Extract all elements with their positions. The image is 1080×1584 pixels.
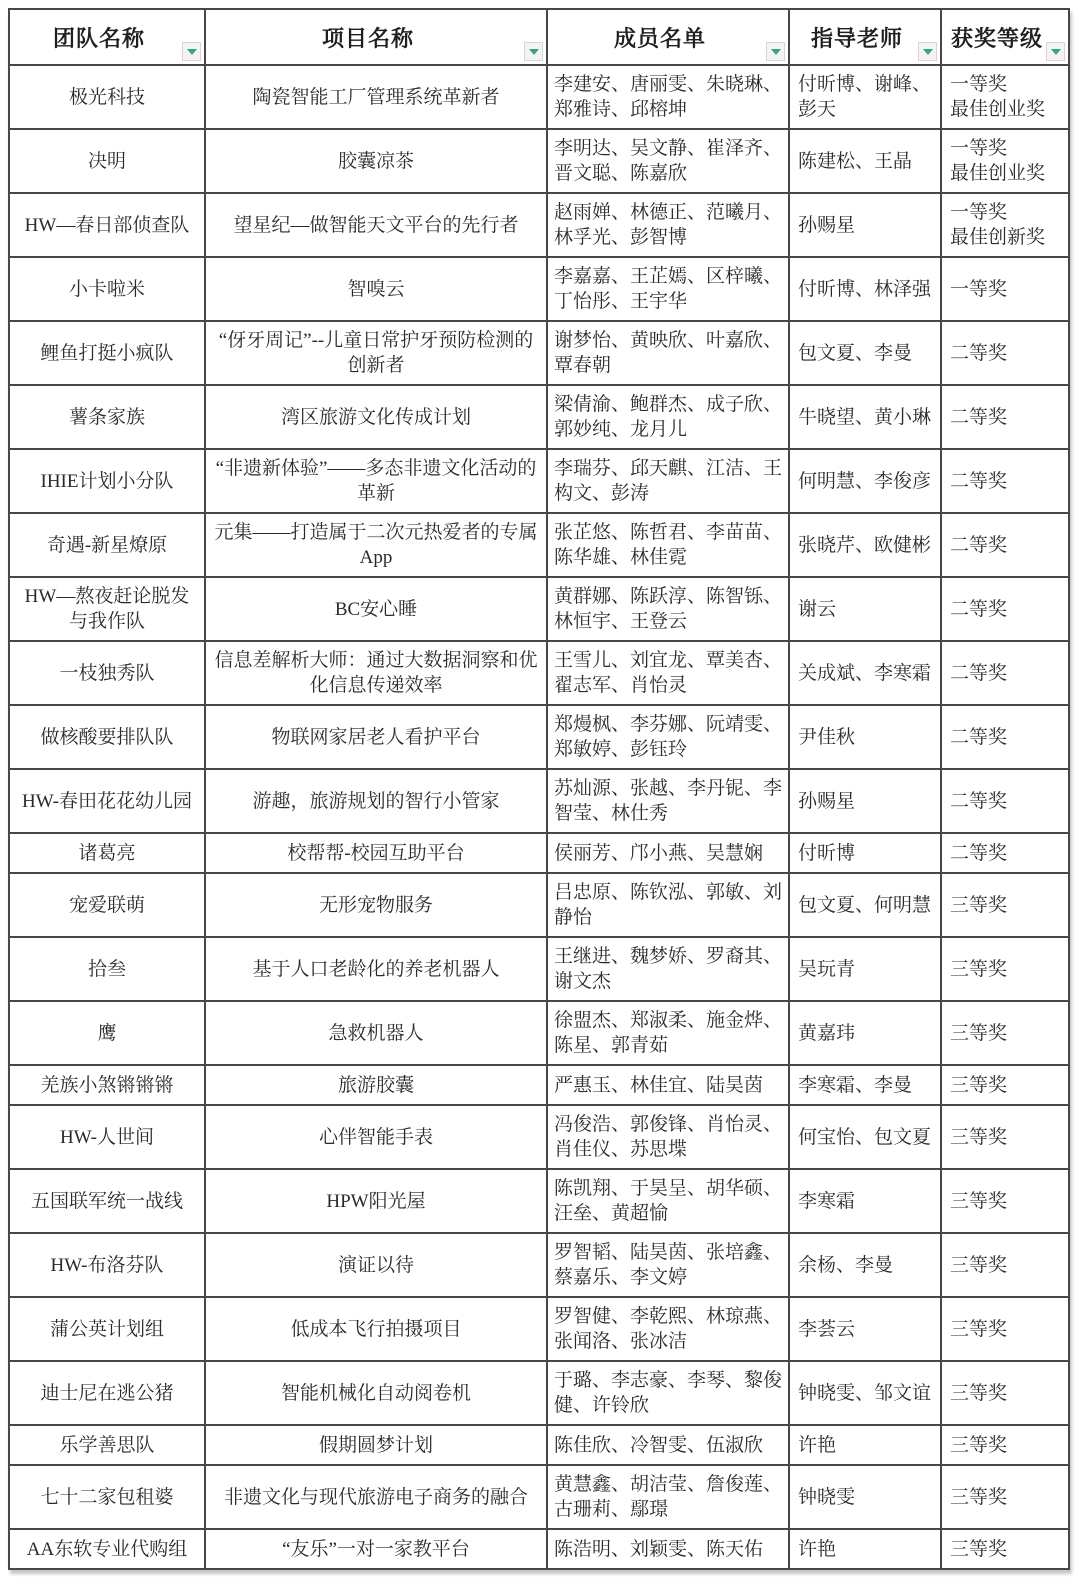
members-cell: 侯丽芳、邝小燕、吴慧娴: [547, 833, 789, 873]
table-row: 决明胶囊凉茶李明达、吴文静、崔泽齐、晋文聪、陈嘉欣陈建松、王晶一等奖最佳创业奖: [9, 129, 1069, 193]
members-cell: 李建安、唐丽雯、朱晓琳、郑雅诗、邱榕坤: [547, 65, 789, 129]
members-cell: 黄慧鑫、胡洁莹、詹俊莲、古珊莉、鄢璟: [547, 1465, 789, 1529]
column-header-award: 获奖等级: [941, 9, 1069, 65]
column-header-team: 团队名称: [9, 9, 205, 65]
teachers-cell: 付昕博、林泽强: [789, 257, 941, 321]
project-name-cell: 基于人口老龄化的养老机器人: [205, 937, 547, 1001]
filter-dropdown-button[interactable]: [918, 42, 937, 61]
award-line: 二等奖: [950, 597, 1062, 622]
teachers-cell: 关成斌、李寒霜: [789, 641, 941, 705]
award-line: 三等奖: [950, 893, 1062, 918]
award-level-cell: 一等奖最佳创业奖: [941, 129, 1069, 193]
members-cell: 李嘉嘉、王芷嫣、区梓曦、丁怡彤、王宇华: [547, 257, 789, 321]
table-row: 鲤鱼打挺小疯队“伢牙周记”--儿童日常护牙预防检测的创新者谢梦怡、黄映欣、叶嘉欣…: [9, 321, 1069, 385]
award-line: 三等奖: [950, 1189, 1062, 1214]
project-name-cell: 校帮帮-校园互助平台: [205, 833, 547, 873]
project-name-cell: 游趣，旅游规划的智行小管家: [205, 769, 547, 833]
teachers-cell: 吴玩青: [789, 937, 941, 1001]
members-cell: 梁倩渝、鲍群杰、成子欣、郭妙纯、龙月儿: [547, 385, 789, 449]
table-body: 极光科技陶瓷智能工厂管理系统革新者李建安、唐丽雯、朱晓琳、郑雅诗、邱榕坤付昕博、…: [9, 65, 1069, 1569]
award-line: 三等奖: [950, 1125, 1062, 1150]
teachers-cell: 谢云: [789, 577, 941, 641]
award-line: 二等奖: [950, 661, 1062, 686]
table-row: 薯条家族湾区旅游文化传成计划梁倩渝、鲍群杰、成子欣、郭妙纯、龙月儿牛晓望、黄小琳…: [9, 385, 1069, 449]
column-header-label: 成员名单: [614, 26, 706, 51]
filter-triangle-icon: [771, 49, 781, 55]
award-line: 一等奖: [950, 277, 1062, 302]
table-row: 奇遇-新星燎原元集——打造属于二次元热爱者的专属App张芷悠、陈哲君、李苗苗、陈…: [9, 513, 1069, 577]
members-cell: 张芷悠、陈哲君、李苗苗、陈华雄、林佳霓: [547, 513, 789, 577]
filter-dropdown-button[interactable]: [1046, 42, 1065, 61]
members-cell: 苏灿源、张越、李丹铌、李智莹、林仕秀: [547, 769, 789, 833]
members-cell: 王继进、魏梦娇、罗裔其、谢文杰: [547, 937, 789, 1001]
filter-triangle-icon: [187, 49, 197, 55]
team-name-cell: 拾叁: [9, 937, 205, 1001]
award-line: 三等奖: [950, 1381, 1062, 1406]
project-name-cell: 望星纪—做智能天文平台的先行者: [205, 193, 547, 257]
members-cell: 陈浩明、刘颖雯、陈天佑: [547, 1529, 789, 1569]
team-name-cell: 一枝独秀队: [9, 641, 205, 705]
project-name-cell: BC安心睡: [205, 577, 547, 641]
table-row: HW—熬夜赶论脱发与我作队BC安心睡黄群娜、陈跃淳、陈智铄、林恒宇、王登云谢云二…: [9, 577, 1069, 641]
column-header-label: 项目名称: [322, 26, 414, 51]
team-name-cell: 决明: [9, 129, 205, 193]
team-name-cell: 乐学善思队: [9, 1425, 205, 1465]
award-level-cell: 三等奖: [941, 937, 1069, 1001]
column-header-project: 项目名称: [205, 9, 547, 65]
members-cell: 郑熳枫、李芬娜、阮靖雯、郑敏婷、彭钰玲: [547, 705, 789, 769]
teachers-cell: 牛晓望、黄小琳: [789, 385, 941, 449]
award-table-container: 团队名称项目名称成员名单指导老师获奖等级 极光科技陶瓷智能工厂管理系统革新者李建…: [0, 0, 1080, 1584]
award-line: 最佳创业奖: [950, 97, 1062, 122]
team-name-cell: 七十二家包租婆: [9, 1465, 205, 1529]
award-line: 三等奖: [950, 957, 1062, 982]
team-name-cell: AA东软专业代购组: [9, 1529, 205, 1569]
table-row: 鹰急救机器人徐盟杰、郑淑柔、施金烨、陈星、郭青茹黄嘉玮三等奖: [9, 1001, 1069, 1065]
award-line: 二等奖: [950, 789, 1062, 814]
teachers-cell: 何明慧、李俊彦: [789, 449, 941, 513]
teachers-cell: 付昕博: [789, 833, 941, 873]
project-name-cell: 物联网家居老人看护平台: [205, 705, 547, 769]
award-level-cell: 三等奖: [941, 1001, 1069, 1065]
filter-triangle-icon: [529, 49, 539, 55]
members-cell: 陈凯翔、于昊呈、胡华硕、汪垒、黄超愉: [547, 1169, 789, 1233]
teachers-cell: 陈建松、王晶: [789, 129, 941, 193]
team-name-cell: 做核酸要排队队: [9, 705, 205, 769]
members-cell: 黄群娜、陈跃淳、陈智铄、林恒宇、王登云: [547, 577, 789, 641]
award-level-cell: 三等奖: [941, 1297, 1069, 1361]
teachers-cell: 黄嘉玮: [789, 1001, 941, 1065]
award-level-cell: 一等奖最佳创新奖: [941, 193, 1069, 257]
project-name-cell: 智嗅云: [205, 257, 547, 321]
team-name-cell: 鹰: [9, 1001, 205, 1065]
award-line: 三等奖: [950, 1317, 1062, 1342]
award-line: 二等奖: [950, 725, 1062, 750]
project-name-cell: 急救机器人: [205, 1001, 547, 1065]
award-line: 最佳创新奖: [950, 225, 1062, 250]
award-level-cell: 一等奖: [941, 257, 1069, 321]
table-row: HW-春田花花幼儿园游趣，旅游规划的智行小管家苏灿源、张越、李丹铌、李智莹、林仕…: [9, 769, 1069, 833]
table-row: 七十二家包租婆非遗文化与现代旅游电子商务的融合黄慧鑫、胡洁莹、詹俊莲、古珊莉、鄢…: [9, 1465, 1069, 1529]
award-line: 最佳创业奖: [950, 161, 1062, 186]
members-cell: 罗智健、李乾熙、林琼燕、张闻洛、张冰洁: [547, 1297, 789, 1361]
project-name-cell: 元集——打造属于二次元热爱者的专属App: [205, 513, 547, 577]
teachers-cell: 张晓芹、欧健彬: [789, 513, 941, 577]
team-name-cell: 迪士尼在逃公猪: [9, 1361, 205, 1425]
team-name-cell: HW-布洛芬队: [9, 1233, 205, 1297]
project-name-cell: 假期圆梦计划: [205, 1425, 547, 1465]
team-name-cell: HW-人世间: [9, 1105, 205, 1169]
table-row: 乐学善思队假期圆梦计划陈佳欣、冷智雯、伍淑欣许艳三等奖: [9, 1425, 1069, 1465]
team-name-cell: 羌族小煞锵锵锵: [9, 1065, 205, 1105]
members-cell: 罗智韬、陆昊茵、张培鑫、蔡嘉乐、李文婷: [547, 1233, 789, 1297]
column-header-teachers: 指导老师: [789, 9, 941, 65]
award-line: 三等奖: [950, 1537, 1062, 1562]
members-cell: 陈佳欣、冷智雯、伍淑欣: [547, 1425, 789, 1465]
table-row: 宠爱联萌无形宠物服务吕忠原、陈钦泓、郭敏、刘静怡包文夏、何明慧三等奖: [9, 873, 1069, 937]
teachers-cell: 李寒霜: [789, 1169, 941, 1233]
team-name-cell: HW—熬夜赶论脱发与我作队: [9, 577, 205, 641]
award-line: 三等奖: [950, 1021, 1062, 1046]
members-cell: 于璐、李志豪、李琴、黎俊健、许铃欣: [547, 1361, 789, 1425]
award-line: 二等奖: [950, 469, 1062, 494]
table-row: HW—春日部侦查队望星纪—做智能天文平台的先行者赵雨婵、林德正、范曦月、林孚光、…: [9, 193, 1069, 257]
table-row: IHIE计划小分队“非遗新体验”——多态非遗文化活动的革新李瑞芬、邱天麒、江洁、…: [9, 449, 1069, 513]
award-level-cell: 二等奖: [941, 449, 1069, 513]
team-name-cell: 奇遇-新星燎原: [9, 513, 205, 577]
members-cell: 冯俊浩、郭俊锋、肖怡灵、肖佳仪、苏思堞: [547, 1105, 789, 1169]
award-level-cell: 二等奖: [941, 513, 1069, 577]
teachers-cell: 钟晓雯: [789, 1465, 941, 1529]
table-header: 团队名称项目名称成员名单指导老师获奖等级: [9, 9, 1069, 65]
award-level-cell: 三等奖: [941, 1425, 1069, 1465]
filter-triangle-icon: [1051, 49, 1061, 55]
table-row: HW-布洛芬队演证以待罗智韬、陆昊茵、张培鑫、蔡嘉乐、李文婷余杨、李曼三等奖: [9, 1233, 1069, 1297]
table-row: 极光科技陶瓷智能工厂管理系统革新者李建安、唐丽雯、朱晓琳、郑雅诗、邱榕坤付昕博、…: [9, 65, 1069, 129]
table-row: 小卡啦米智嗅云李嘉嘉、王芷嫣、区梓曦、丁怡彤、王宇华付昕博、林泽强一等奖: [9, 257, 1069, 321]
award-level-cell: 二等奖: [941, 705, 1069, 769]
project-name-cell: HPW阳光屋: [205, 1169, 547, 1233]
team-name-cell: 小卡啦米: [9, 257, 205, 321]
award-line: 二等奖: [950, 841, 1062, 866]
teachers-cell: 何宝怡、包文夏: [789, 1105, 941, 1169]
award-level-cell: 二等奖: [941, 321, 1069, 385]
award-table: 团队名称项目名称成员名单指导老师获奖等级 极光科技陶瓷智能工厂管理系统革新者李建…: [8, 8, 1070, 1570]
team-name-cell: IHIE计划小分队: [9, 449, 205, 513]
award-level-cell: 二等奖: [941, 577, 1069, 641]
table-row: HW-人世间心伴智能手表冯俊浩、郭俊锋、肖怡灵、肖佳仪、苏思堞何宝怡、包文夏三等…: [9, 1105, 1069, 1169]
teachers-cell: 许艳: [789, 1529, 941, 1569]
award-level-cell: 三等奖: [941, 1465, 1069, 1529]
award-line: 三等奖: [950, 1253, 1062, 1278]
award-level-cell: 三等奖: [941, 1169, 1069, 1233]
project-name-cell: 陶瓷智能工厂管理系统革新者: [205, 65, 547, 129]
table-row: 蒲公英计划组低成本飞行拍摄项目罗智健、李乾熙、林琼燕、张闻洛、张冰洁李荟云三等奖: [9, 1297, 1069, 1361]
members-cell: 徐盟杰、郑淑柔、施金烨、陈星、郭青茹: [547, 1001, 789, 1065]
project-name-cell: 非遗文化与现代旅游电子商务的融合: [205, 1465, 547, 1529]
award-line: 三等奖: [950, 1485, 1062, 1510]
team-name-cell: 五国联军统一战线: [9, 1169, 205, 1233]
award-level-cell: 三等奖: [941, 1065, 1069, 1105]
team-name-cell: 鲤鱼打挺小疯队: [9, 321, 205, 385]
filter-dropdown-button[interactable]: [524, 42, 543, 61]
teachers-cell: 付昕博、谢峰、彭天: [789, 65, 941, 129]
teachers-cell: 余杨、李曼: [789, 1233, 941, 1297]
table-row: 一枝独秀队信息差解析大师：通过大数据洞察和优化信息传递效率王雪儿、刘宜龙、覃美杏…: [9, 641, 1069, 705]
column-header-label: 指导老师: [811, 26, 903, 51]
award-line: 三等奖: [950, 1433, 1062, 1458]
table-row: 做核酸要排队队物联网家居老人看护平台郑熳枫、李芬娜、阮靖雯、郑敏婷、彭钰玲尹佳秋…: [9, 705, 1069, 769]
award-line: 二等奖: [950, 341, 1062, 366]
team-name-cell: 蒲公英计划组: [9, 1297, 205, 1361]
award-level-cell: 一等奖最佳创业奖: [941, 65, 1069, 129]
header-row: 团队名称项目名称成员名单指导老师获奖等级: [9, 9, 1069, 65]
teachers-cell: 包文夏、李曼: [789, 321, 941, 385]
table-row: 诸葛亮校帮帮-校园互助平台侯丽芳、邝小燕、吴慧娴付昕博二等奖: [9, 833, 1069, 873]
project-name-cell: 心伴智能手表: [205, 1105, 547, 1169]
table-row: 五国联军统一战线HPW阳光屋陈凯翔、于昊呈、胡华硕、汪垒、黄超愉李寒霜三等奖: [9, 1169, 1069, 1233]
award-level-cell: 三等奖: [941, 1529, 1069, 1569]
project-name-cell: 智能机械化自动阅卷机: [205, 1361, 547, 1425]
column-header-label: 获奖等级: [951, 26, 1043, 51]
teachers-cell: 孙赐星: [789, 193, 941, 257]
award-line: 二等奖: [950, 533, 1062, 558]
award-level-cell: 三等奖: [941, 873, 1069, 937]
team-name-cell: 宠爱联萌: [9, 873, 205, 937]
award-level-cell: 二等奖: [941, 385, 1069, 449]
members-cell: 李明达、吴文静、崔泽齐、晋文聪、陈嘉欣: [547, 129, 789, 193]
project-name-cell: 无形宠物服务: [205, 873, 547, 937]
teachers-cell: 孙赐星: [789, 769, 941, 833]
project-name-cell: 信息差解析大师：通过大数据洞察和优化信息传递效率: [205, 641, 547, 705]
table-row: 拾叁基于人口老龄化的养老机器人王继进、魏梦娇、罗裔其、谢文杰吴玩青三等奖: [9, 937, 1069, 1001]
project-name-cell: 胶囊凉茶: [205, 129, 547, 193]
team-name-cell: HW-春田花花幼儿园: [9, 769, 205, 833]
project-name-cell: 湾区旅游文化传成计划: [205, 385, 547, 449]
team-name-cell: 极光科技: [9, 65, 205, 129]
teachers-cell: 李荟云: [789, 1297, 941, 1361]
project-name-cell: 演证以待: [205, 1233, 547, 1297]
award-level-cell: 二等奖: [941, 769, 1069, 833]
table-row: 迪士尼在逃公猪智能机械化自动阅卷机于璐、李志豪、李琴、黎俊健、许铃欣钟晓雯、邹文…: [9, 1361, 1069, 1425]
project-name-cell: “非遗新体验”——多态非遗文化活动的革新: [205, 449, 547, 513]
team-name-cell: HW—春日部侦查队: [9, 193, 205, 257]
teachers-cell: 尹佳秋: [789, 705, 941, 769]
team-name-cell: 薯条家族: [9, 385, 205, 449]
award-line: 二等奖: [950, 405, 1062, 430]
filter-dropdown-button[interactable]: [182, 42, 201, 61]
table-row: 羌族小煞锵锵锵旅游胶囊严惠玉、林佳宜、陆昊茵李寒霜、李曼三等奖: [9, 1065, 1069, 1105]
award-level-cell: 二等奖: [941, 833, 1069, 873]
teachers-cell: 许艳: [789, 1425, 941, 1465]
award-level-cell: 三等奖: [941, 1105, 1069, 1169]
filter-triangle-icon: [923, 49, 933, 55]
members-cell: 严惠玉、林佳宜、陆昊茵: [547, 1065, 789, 1105]
teachers-cell: 李寒霜、李曼: [789, 1065, 941, 1105]
award-line: 一等奖: [950, 136, 1062, 161]
members-cell: 李瑞芬、邱天麒、江洁、王构文、彭涛: [547, 449, 789, 513]
members-cell: 王雪儿、刘宜龙、覃美杏、翟志军、肖怡灵: [547, 641, 789, 705]
project-name-cell: 低成本飞行拍摄项目: [205, 1297, 547, 1361]
award-line: 一等奖: [950, 72, 1062, 97]
column-header-members: 成员名单: [547, 9, 789, 65]
award-level-cell: 三等奖: [941, 1233, 1069, 1297]
filter-dropdown-button[interactable]: [766, 42, 785, 61]
members-cell: 谢梦怡、黄映欣、叶嘉欣、覃春朝: [547, 321, 789, 385]
table-row: AA东软专业代购组“友乐”一对一家教平台陈浩明、刘颖雯、陈天佑许艳三等奖: [9, 1529, 1069, 1569]
award-line: 一等奖: [950, 200, 1062, 225]
teachers-cell: 包文夏、何明慧: [789, 873, 941, 937]
members-cell: 吕忠原、陈钦泓、郭敏、刘静怡: [547, 873, 789, 937]
column-header-label: 团队名称: [53, 26, 145, 51]
team-name-cell: 诸葛亮: [9, 833, 205, 873]
project-name-cell: 旅游胶囊: [205, 1065, 547, 1105]
teachers-cell: 钟晓雯、邹文谊: [789, 1361, 941, 1425]
award-line: 三等奖: [950, 1073, 1062, 1098]
award-level-cell: 三等奖: [941, 1361, 1069, 1425]
award-level-cell: 二等奖: [941, 641, 1069, 705]
members-cell: 赵雨婵、林德正、范曦月、林孚光、彭智博: [547, 193, 789, 257]
project-name-cell: “友乐”一对一家教平台: [205, 1529, 547, 1569]
project-name-cell: “伢牙周记”--儿童日常护牙预防检测的创新者: [205, 321, 547, 385]
